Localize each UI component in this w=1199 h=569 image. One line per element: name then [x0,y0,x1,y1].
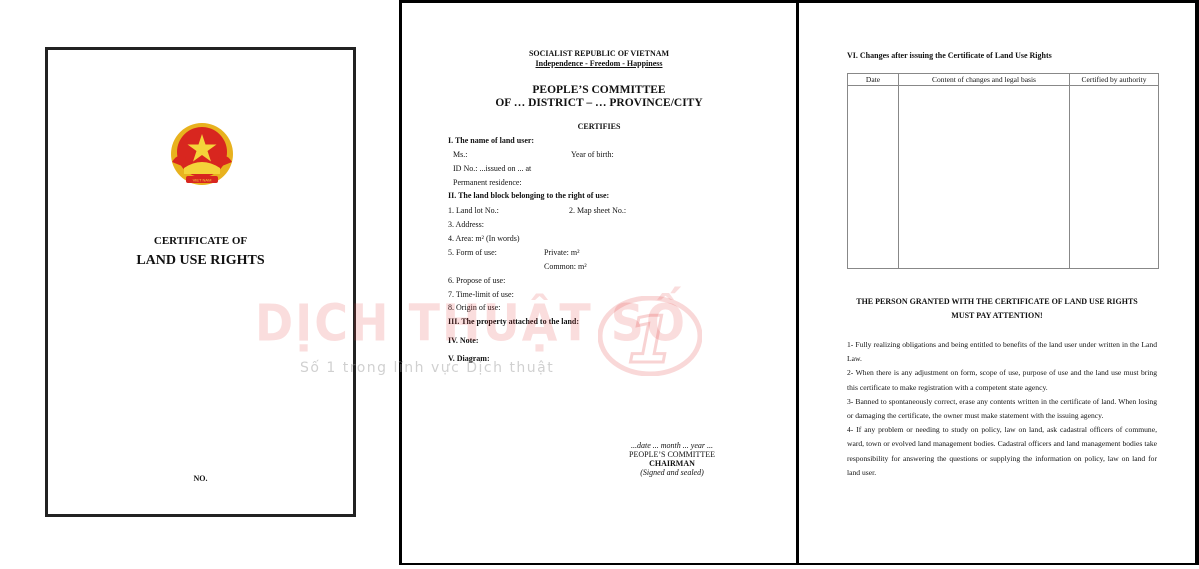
field-area: 4. Area: m² (In words) [448,234,520,243]
committee-location: OF … DISTRICT – … PROVINCE/CITY [402,97,796,109]
section-property-title: III. The property attached to the land: [448,317,579,326]
attention-heading-line2: MUST PAY ATTENTION! [839,311,1155,320]
signature-date: ...date ... month ... year ... [612,441,732,450]
field-time-limit: 7. Time-limit of use: [448,290,514,299]
cover-title-line1: CERTIFICATE OF [48,235,353,247]
field-origin: 8. Origin of use: [448,303,500,312]
svg-text:VIET NAM: VIET NAM [193,178,212,183]
certificate-cover-page: VIET NAM CERTIFICATE OF LAND USE RIGHTS … [45,47,356,517]
national-motto: Independence - Freedom - Happiness [402,59,796,68]
section-changes-title: VI. Changes after issuing the Certificat… [847,51,1052,60]
signature-chairman: CHAIRMAN [612,459,732,468]
field-form-of-use: 5. Form of use: [448,248,497,257]
rule-item: 4- If any problem or needing to study on… [847,423,1157,480]
table-cell [899,86,1070,269]
field-permanent-residence: Permanent residence: [453,178,522,187]
table-cell [848,86,899,269]
certificate-number-label: NO. [48,474,353,483]
committee-heading: PEOPLE’S COMMITTEE [402,84,796,96]
field-map-sheet: 2. Map sheet No.: [569,206,626,215]
field-common: Common: m² [544,262,587,271]
field-id-no: ID No.: ...issued on ... at [453,164,531,173]
rule-item: 2- When there is any adjustment on form,… [847,366,1157,394]
column-header-content: Content of changes and legal basis [899,74,1070,86]
changes-table: Date Content of changes and legal basis … [847,73,1159,269]
rule-item: 3- Banned to spontaneously correct, eras… [847,395,1157,423]
section-land-block-title: II. The land block belonging to the righ… [448,191,609,200]
rule-item: 1- Fully realizing obligations and being… [847,338,1157,366]
vietnam-national-emblem-icon: VIET NAM [166,122,238,190]
field-year-of-birth: Year of birth: [571,150,614,159]
certificate-changes-page: VI. Changes after issuing the Certificat… [799,0,1199,565]
cover-title-line2: LAND USE RIGHTS [48,253,353,269]
column-header-date: Date [848,74,899,86]
certifies-heading: CERTIFIES [402,122,796,131]
signature-note: (Signed and sealed) [612,468,732,477]
field-land-lot: 1. Land lot No.: [448,206,499,215]
field-private: Private: m² [544,248,580,257]
section-diagram-title: V. Diagram: [448,354,490,363]
field-address: 3. Address: [448,220,484,229]
attention-heading-line1: THE PERSON GRANTED WITH THE CERTIFICATE … [839,297,1155,306]
field-purpose: 6. Propose of use: [448,276,505,285]
table-row [848,86,1159,269]
section-land-user-title: I. The name of land user: [448,136,534,145]
field-ms: Ms.: [453,150,467,159]
rules-list: 1- Fully realizing obligations and being… [847,338,1157,480]
certificate-details-page: SOCIALIST REPUBLIC OF VIETNAM Independen… [399,0,799,565]
column-header-certified: Certified by authority [1070,74,1159,86]
section-note-title: IV. Note: [448,336,479,345]
signature-committee: PEOPLE’S COMMITTEE [612,450,732,459]
nation-heading: SOCIALIST REPUBLIC OF VIETNAM [402,49,796,58]
table-cell [1070,86,1159,269]
